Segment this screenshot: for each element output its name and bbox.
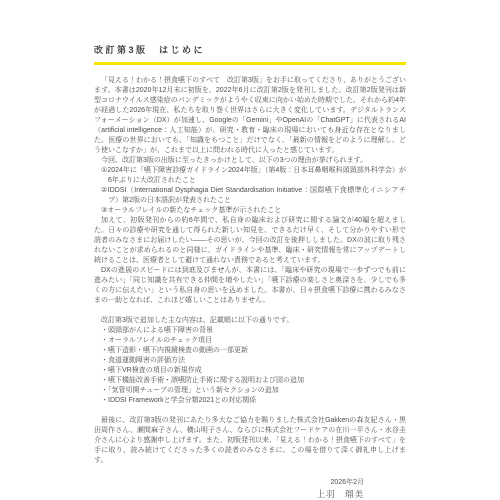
signature-block: 2026年2月 上羽 瑠美 [94, 478, 406, 500]
addition-item: ・頭頸部がんによる嚥下障害の背景 [94, 326, 406, 336]
addition-item: ・食道運動障害の評価方法 [94, 356, 406, 366]
section-header: 改訂第3版 はじめに [94, 40, 406, 65]
paragraph-closing: 最後に、改訂第3版の発刊にあたり多大なご協力を賜りました株式会社Gakkenの森… [94, 416, 406, 466]
addition-item: ・嚥下機能改善手術・誤嚥防止手術に関する説明および図の追加 [94, 376, 406, 386]
addition-item: ・嚥下造影・嚥下内視鏡検査の動画の一部更新 [94, 346, 406, 356]
signature-date: 2026年2月 [94, 478, 364, 488]
paragraph-wishes: DXの進展のスピードには到底及びませんが、本書には、「臨床や研究の現場で一歩ずつ… [94, 266, 406, 306]
paragraph-reasons-intro: 今回、改訂第3版の出版に至ったきっかけとして、以下の3つの理由が挙げられます。 [94, 156, 406, 166]
signature-author: 上羽 瑠美 [94, 488, 364, 500]
preface-body: 「見える！わかる！摂食嚥下のすべて 改訂第3版」をお手に取ってくださり、ありがと… [94, 76, 406, 466]
reason-item: ②IDDSI（International Dysphagia Diet Stan… [94, 186, 406, 206]
preface-page: 改訂第3版 はじめに 「見える！わかる！摂食嚥下のすべて 改訂第3版」をお手に取… [94, 40, 406, 500]
reason-item: ③オーラルフレイルの新たなチェック基準が示されたこと [94, 206, 406, 216]
addition-item: ・嚥下VR検査の項目の新規作成 [94, 366, 406, 376]
paragraph-opening: 「見える！わかる！摂食嚥下のすべて 改訂第3版」をお手に取ってくださり、ありがと… [94, 76, 406, 156]
paragraph-motivation: 加えて、初版発刊からの約6年間で、私自身の臨床および研究に関する論文が40編を超… [94, 216, 406, 266]
blank-line [94, 306, 406, 316]
reason-item: ①2024年に「嚥下障害診療ガイドライン2024年版」（第4版：日本耳鼻咽喉科頭… [94, 166, 406, 186]
paragraph-additions-intro: 改訂第3版で追加した主な内容は、記載順に以下の通りです。 [94, 316, 406, 326]
addition-item: ・「気管切開チューブの管理」という新セクションの追加 [94, 386, 406, 396]
addition-item: ・IDDSI Frameworkと学会分類2021との対応関係 [94, 396, 406, 406]
section-title: 改訂第3版 はじめに [94, 45, 205, 55]
addition-item: ・オーラルフレイルのチェック項目 [94, 336, 406, 346]
blank-line [94, 406, 406, 416]
